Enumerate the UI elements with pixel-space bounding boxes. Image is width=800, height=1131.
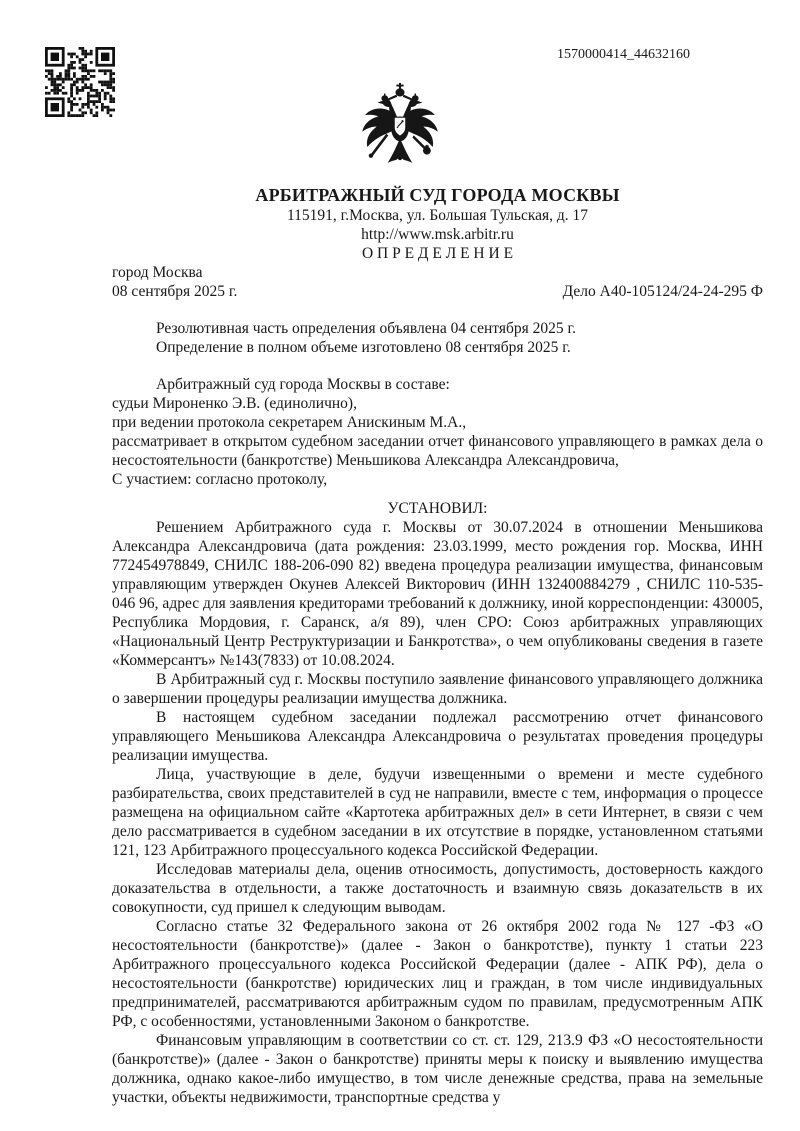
body-paragraph: В настоящем судебном заседании подлежал …	[112, 708, 763, 765]
preamble-line: С участием: согласно протоколу,	[112, 470, 763, 489]
court-name: АРБИТРАЖНЫЙ СУД ГОРОДА МОСКВЫ	[112, 185, 763, 206]
case-number: Дело А40-105124/24-24-295 Ф	[563, 282, 763, 301]
resolution-block: Резолютивная часть определения объявлена…	[112, 319, 763, 357]
body-paragraph: В Арбитражный суд г. Москвы поступило за…	[112, 670, 763, 708]
preamble-line: рассматривает в открытом судебном заседа…	[112, 432, 763, 470]
body-paragraph: Согласно статье 32 Федерального закона о…	[112, 917, 763, 1031]
court-url: http://www.msk.arbitr.ru	[112, 225, 763, 244]
body-paragraph: Исследовав материалы дела, оценив относи…	[112, 860, 763, 917]
ruling-body: Решением Арбитражного суда г. Москвы от …	[112, 518, 763, 1107]
resolution-line: Резолютивная часть определения объявлена…	[112, 319, 763, 338]
date-case-row: 08 сентября 2025 г. Дело А40-105124/24-2…	[112, 282, 763, 301]
preamble-line: Арбитражный суд города Москвы в составе:	[112, 375, 763, 394]
document-id: 1570000414_44632160	[557, 45, 690, 64]
body-paragraph: Лица, участвующие в деле, будучи извещен…	[112, 765, 763, 860]
court-address: 115191, г.Москва, ул. Большая Тульская, …	[112, 206, 763, 225]
established-heading: УСТАНОВИЛ:	[112, 499, 763, 518]
court-document-page: 1570000414_44632160	[0, 0, 800, 1131]
date-label: 08 сентября 2025 г.	[112, 282, 237, 301]
qr-code	[45, 47, 115, 117]
resolution-line: Определение в полном объеме изготовлено …	[112, 338, 763, 357]
body-paragraph: Решением Арбитражного суда г. Москвы от …	[112, 518, 763, 670]
preamble-block: Арбитражный суд города Москвы в составе:…	[112, 375, 763, 489]
document-type-heading: О П Р Е Д Е Л Е Н И Е	[112, 244, 763, 263]
russia-coat-of-arms-icon	[356, 83, 444, 179]
body-paragraph: Финансовым управляющим в соответствии со…	[112, 1031, 763, 1107]
city-label: город Москва	[112, 263, 763, 282]
preamble-line: судьи Мироненко Э.В. (единолично),	[112, 394, 763, 413]
preamble-line: при ведении протокола секретарем Анискин…	[112, 413, 763, 432]
